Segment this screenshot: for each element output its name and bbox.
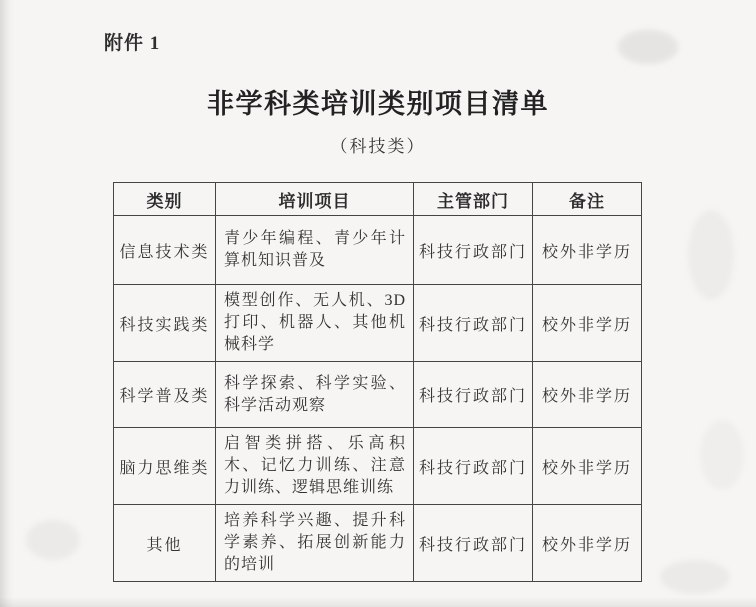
scanned-document-page: 附件 1 非学科类培训类别项目清单 （科技类） 类别 培训项目 主管部门 备注 … (0, 0, 756, 607)
table-row: 科学普及类 科学探索、科学实验、科学活动观察 科技行政部门 校外非学历 (114, 362, 642, 428)
table-row: 脑力思维类 启智类拼搭、乐高积木、记忆力训练、注意力训练、逻辑思维训练 科技行政… (114, 428, 642, 505)
cell-category: 脑力思维类 (114, 428, 216, 505)
cell-projects: 青少年编程、青少年计算机知识普及 (216, 216, 414, 285)
document-title: 非学科类培训类别项目清单 (0, 82, 756, 121)
cell-projects: 启智类拼搭、乐高积木、记忆力训练、注意力训练、逻辑思维训练 (216, 428, 414, 505)
bleed-through-artifact (26, 520, 80, 560)
col-header-category: 类别 (114, 183, 216, 216)
col-header-projects: 培训项目 (216, 183, 414, 216)
bleed-through-artifact (700, 420, 744, 490)
bleed-through-artifact (660, 560, 730, 594)
cell-remark: 校外非学历 (533, 428, 642, 505)
table-row: 其他 培养科学兴趣、提升科学素养、拓展创新能力的培训 科技行政部门 校外非学历 (114, 505, 642, 582)
table-header-row: 类别 培训项目 主管部门 备注 (114, 183, 642, 216)
cell-department: 科技行政部门 (414, 285, 533, 362)
scan-edge-shadow-bottom (0, 597, 756, 607)
cell-department: 科技行政部门 (414, 362, 533, 428)
cell-category: 信息技术类 (114, 216, 216, 285)
cell-remark: 校外非学历 (533, 216, 642, 285)
cell-category: 科技实践类 (114, 285, 216, 362)
document-subtitle: （科技类） (0, 132, 756, 157)
table-row: 信息技术类 青少年编程、青少年计算机知识普及 科技行政部门 校外非学历 (114, 216, 642, 285)
bleed-through-artifact (688, 210, 734, 300)
training-category-table: 类别 培训项目 主管部门 备注 信息技术类 青少年编程、青少年计算机知识普及 科… (113, 182, 642, 582)
cell-category: 其他 (114, 505, 216, 582)
cell-category: 科学普及类 (114, 362, 216, 428)
col-header-remark: 备注 (533, 183, 642, 216)
bleed-through-artifact (618, 30, 678, 64)
cell-department: 科技行政部门 (414, 216, 533, 285)
cell-remark: 校外非学历 (533, 505, 642, 582)
cell-department: 科技行政部门 (414, 505, 533, 582)
cell-projects: 科学探索、科学实验、科学活动观察 (216, 362, 414, 428)
cell-projects: 培养科学兴趣、提升科学素养、拓展创新能力的培训 (216, 505, 414, 582)
cell-projects: 模型创作、无人机、3D打印、机器人、其他机械科学 (216, 285, 414, 362)
attachment-label: 附件 1 (104, 28, 160, 55)
col-header-department: 主管部门 (414, 183, 533, 216)
cell-department: 科技行政部门 (414, 428, 533, 505)
cell-remark: 校外非学历 (533, 362, 642, 428)
cell-remark: 校外非学历 (533, 285, 642, 362)
table-row: 科技实践类 模型创作、无人机、3D打印、机器人、其他机械科学 科技行政部门 校外… (114, 285, 642, 362)
